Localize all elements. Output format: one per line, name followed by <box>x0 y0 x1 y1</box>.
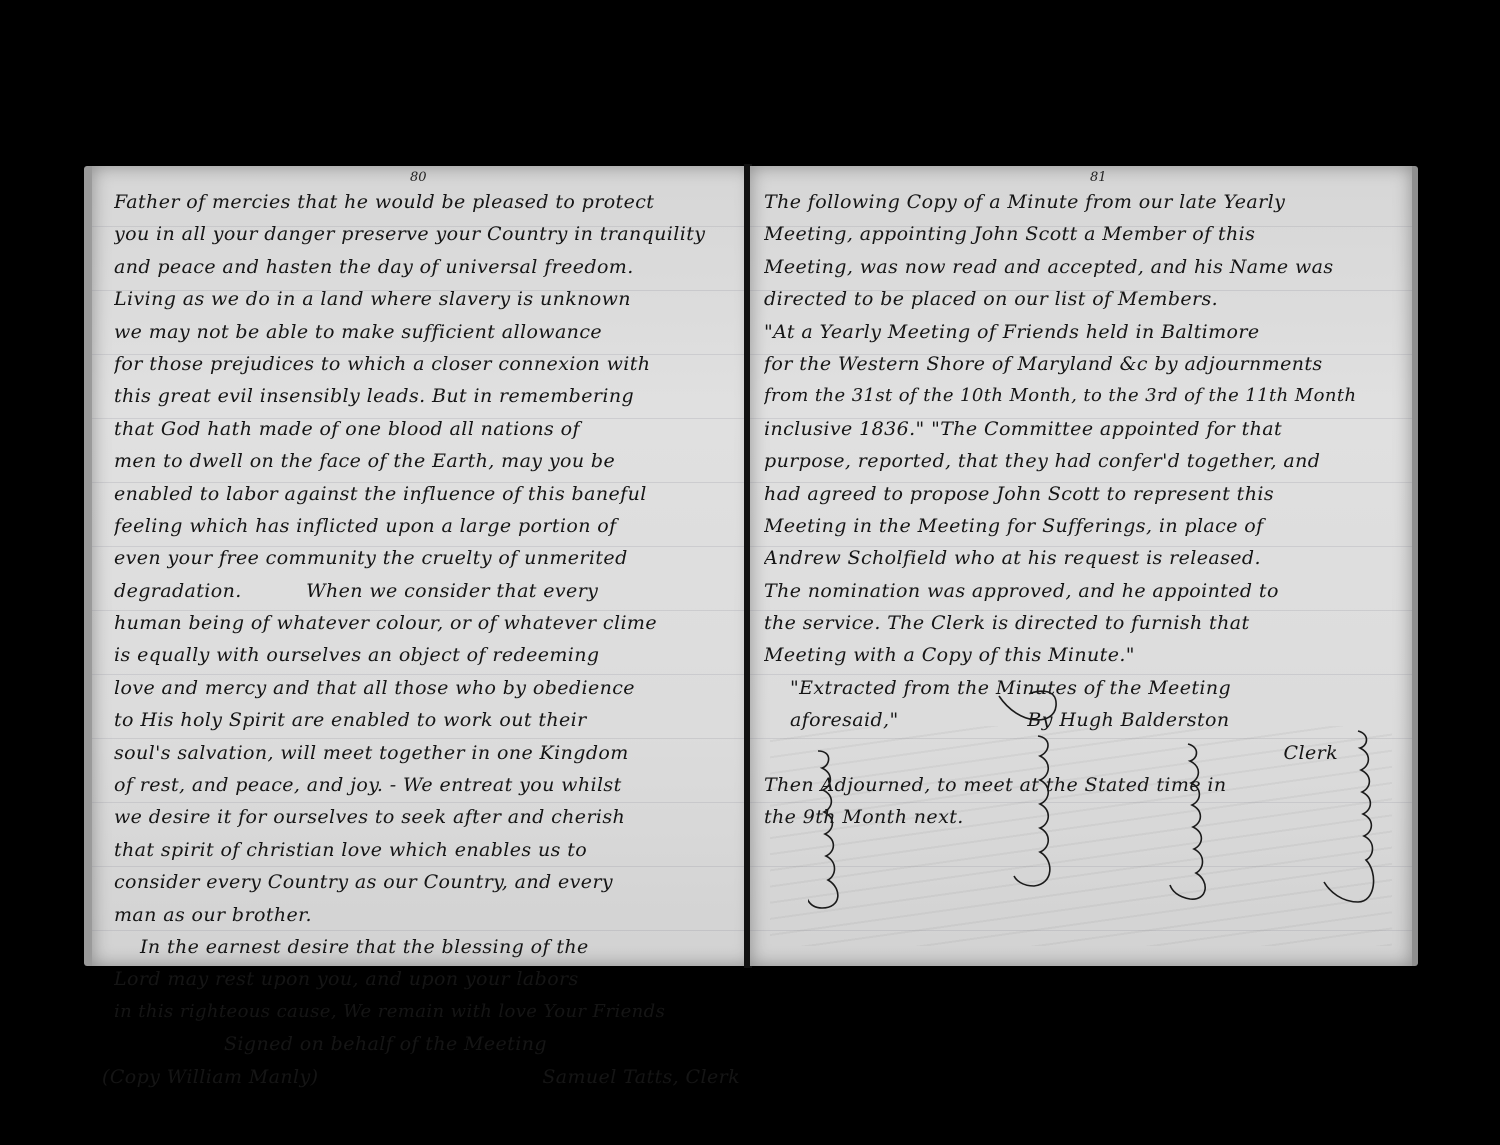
flourish-brace-icon <box>1322 726 1378 906</box>
text-line: soul's salvation, will meet together in … <box>114 737 740 769</box>
clerk-signature: Samuel Tatts, Clerk <box>542 1061 740 1093</box>
text-line: we may not be able to make sufficient al… <box>114 316 740 348</box>
copy-note: (Copy William Manly) <box>102 1061 318 1093</box>
text-line: and peace and hasten the day of universa… <box>114 251 740 283</box>
text-line: Living as we do in a land where slavery … <box>114 283 740 315</box>
page-number: 81 <box>1090 170 1107 185</box>
text-line: the service. The Clerk is directed to fu… <box>764 607 1398 639</box>
text-line: Father of mercies that he would be pleas… <box>114 186 740 218</box>
text-line: man as our brother. <box>114 899 740 931</box>
text-line: of rest, and peace, and joy. - We entrea… <box>114 769 740 801</box>
text-line: Meeting in the Meeting for Sufferings, i… <box>764 510 1398 542</box>
text-line: this great evil insensibly leads. But in… <box>114 380 740 412</box>
left-page-text: Father of mercies that he would be pleas… <box>114 186 740 1093</box>
flourish-brace-icon <box>808 746 848 911</box>
text-line: even your free community the cruelty of … <box>114 542 740 574</box>
text-line: had agreed to propose John Scott to repr… <box>764 478 1398 510</box>
text-line: In the earnest desire that the blessing … <box>114 931 740 963</box>
text-line: purpose, reported, that they had confer'… <box>764 445 1398 477</box>
text-line: consider every Country as our Country, a… <box>114 866 740 898</box>
text-line: human being of whatever colour, or of wh… <box>114 607 740 639</box>
text-line: love and mercy and that all those who by… <box>114 672 740 704</box>
text-line: Then Adjourned, to meet at the Stated ti… <box>764 769 1398 801</box>
text-line: aforesaid," By Hugh Balderston <box>764 704 1398 736</box>
text-line: to His holy Spirit are enabled to work o… <box>114 704 740 736</box>
text-line: men to dwell on the face of the Earth, m… <box>114 445 740 477</box>
text-line: "At a Yearly Meeting of Friends held in … <box>764 316 1398 348</box>
ledger-spread: 80 Father of mercies that he would be pl… <box>84 166 1424 971</box>
text-line: for those prejudices to which a closer c… <box>114 348 740 380</box>
text-line: Meeting with a Copy of this Minute." <box>764 639 1398 671</box>
text-line: feeling which has inflicted upon a large… <box>114 510 740 542</box>
signed-line: Signed on behalf of the Meeting <box>114 1028 740 1060</box>
text-line: for the Western Shore of Maryland &c by … <box>764 348 1398 380</box>
text-line: in this righteous cause, We remain with … <box>114 996 740 1028</box>
right-page: 81 The following Copy of a Minute from o… <box>750 166 1418 966</box>
text-line: "Extracted from the Minutes of the Meeti… <box>764 672 1398 704</box>
text-line: The following Copy of a Minute from our … <box>764 186 1398 218</box>
clerk-title: Clerk <box>764 737 1398 769</box>
text-line: The nomination was approved, and he appo… <box>764 575 1398 607</box>
text-line: Meeting, appointing John Scott a Member … <box>764 218 1398 250</box>
flourish-brace-icon <box>994 686 1064 906</box>
text-line: enabled to labor against the influence o… <box>114 478 740 510</box>
flourish-brace-icon <box>1168 739 1218 904</box>
text-line: directed to be placed on our list of Mem… <box>764 283 1398 315</box>
text-line: we desire it for ourselves to seek after… <box>114 801 740 833</box>
text-line: Andrew Scholfield who at his request is … <box>764 542 1398 574</box>
text-line: that spirit of christian love which enab… <box>114 834 740 866</box>
text-line: you in all your danger preserve your Cou… <box>114 218 740 250</box>
text-line: is equally with ourselves an object of r… <box>114 639 740 671</box>
text-line: Meeting, was now read and accepted, and … <box>764 251 1398 283</box>
left-page: 80 Father of mercies that he would be pl… <box>84 166 754 966</box>
text-line: that God hath made of one blood all nati… <box>114 413 740 445</box>
text-line: inclusive 1836." "The Committee appointe… <box>764 413 1398 445</box>
right-page-text: The following Copy of a Minute from our … <box>764 186 1398 834</box>
text-line: from the 31st of the 10th Month, to the … <box>764 380 1398 412</box>
page-number: 80 <box>410 170 427 185</box>
signature-row: (Copy William Manly) Samuel Tatts, Clerk <box>102 1061 740 1093</box>
text-line: degradation. When we consider that every <box>114 575 740 607</box>
text-line: Lord may rest upon you, and upon your la… <box>114 963 740 995</box>
text-line: the 9th Month next. <box>764 801 1398 833</box>
